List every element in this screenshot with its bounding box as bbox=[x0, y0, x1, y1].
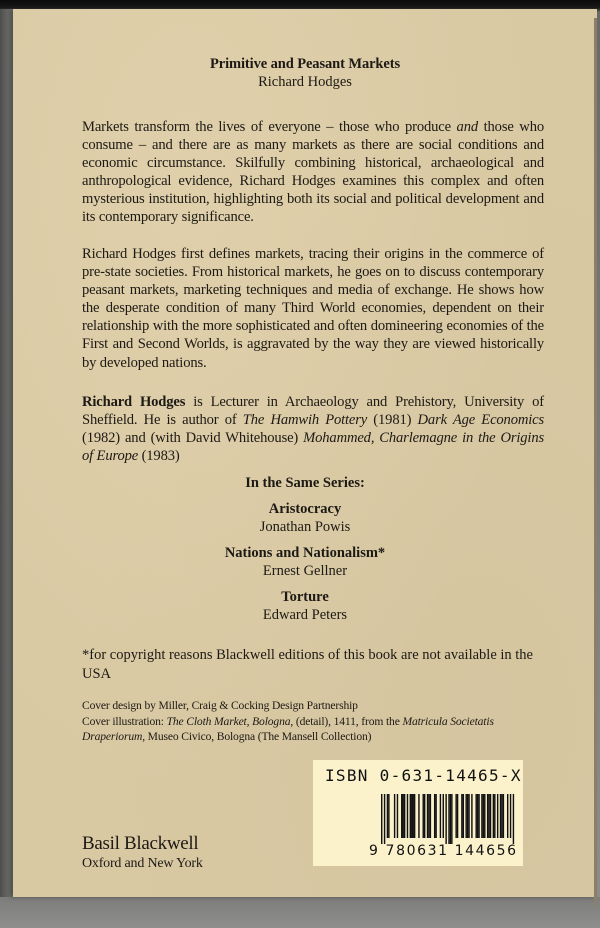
bio-text: (1981) bbox=[367, 412, 417, 428]
copyright-footnote: *for copyright reasons Blackwell edition… bbox=[82, 646, 544, 683]
desc-text: Markets transform the lives of everyone … bbox=[82, 119, 457, 135]
series-item-author: Ernest Gellner bbox=[13, 562, 597, 580]
cover-credits: Cover design by Miller, Craig & Cocking … bbox=[82, 698, 552, 745]
series-heading: In the Same Series: bbox=[13, 474, 597, 492]
series-item-title: Nations and Nationalism* bbox=[13, 544, 597, 562]
series-item: Torture Edward Peters bbox=[13, 588, 597, 624]
author-bio: Richard Hodges is Lecturer in Archaeolog… bbox=[82, 393, 544, 465]
isbn-number: ISBN 0-631-14465-X bbox=[325, 766, 522, 785]
illustration-title: The Cloth Market, Bologna bbox=[167, 715, 291, 728]
bio-author-name: Richard Hodges bbox=[82, 394, 185, 410]
series-item-author: Edward Peters bbox=[13, 606, 597, 624]
bio-work-2: Dark Age Economics bbox=[418, 412, 544, 428]
cover-right-edge bbox=[594, 18, 597, 906]
bio-text: (1982) and (with David Whitehouse) bbox=[82, 430, 303, 446]
publisher-place: Oxford and New York bbox=[82, 855, 203, 873]
series-item: Aristocracy Jonathan Powis bbox=[13, 500, 597, 536]
surface-below-book bbox=[0, 897, 600, 928]
bio-work-1: The Hamwih Pottery bbox=[243, 412, 367, 428]
book-author: Richard Hodges bbox=[13, 73, 597, 91]
series-item-author: Jonathan Powis bbox=[13, 518, 597, 536]
series-item-title: Aristocracy bbox=[13, 500, 597, 518]
desc-italic: and bbox=[457, 119, 478, 135]
cover-design-credit: Cover design by Miller, Craig & Cocking … bbox=[82, 698, 552, 714]
book-spine-edge bbox=[0, 9, 13, 897]
isbn-barcode-label: ISBN 0-631-14465-X 9 780631 144656 bbox=[313, 760, 523, 866]
credit-text: , Museo Civico, Bologna (The Mansell Col… bbox=[142, 730, 371, 743]
bio-text: (1983) bbox=[138, 448, 180, 464]
barcode-icon bbox=[381, 794, 517, 844]
description-paragraph-2: Richard Hodges first defines markets, tr… bbox=[82, 245, 544, 372]
publisher-name: Basil Blackwell bbox=[82, 833, 203, 855]
cover-illustration-credit: Cover illustration: The Cloth Market, Bo… bbox=[82, 714, 552, 745]
credit-text: Cover illustration: bbox=[82, 715, 167, 728]
credit-text: , (detail), 1411, from the bbox=[290, 715, 402, 728]
publisher-block: Basil Blackwell Oxford and New York bbox=[82, 833, 203, 873]
book-title: Primitive and Peasant Markets bbox=[13, 55, 597, 73]
series-item-title: Torture bbox=[13, 588, 597, 606]
same-series-section: In the Same Series: Aristocracy Jonathan… bbox=[13, 474, 597, 632]
series-item: Nations and Nationalism* Ernest Gellner bbox=[13, 544, 597, 580]
title-block: Primitive and Peasant Markets Richard Ho… bbox=[13, 55, 597, 91]
book-back-cover: Primitive and Peasant Markets Richard Ho… bbox=[13, 9, 597, 897]
description-paragraph-1: Markets transform the lives of everyone … bbox=[82, 118, 544, 227]
barcode-digits: 9 780631 144656 bbox=[369, 843, 518, 859]
